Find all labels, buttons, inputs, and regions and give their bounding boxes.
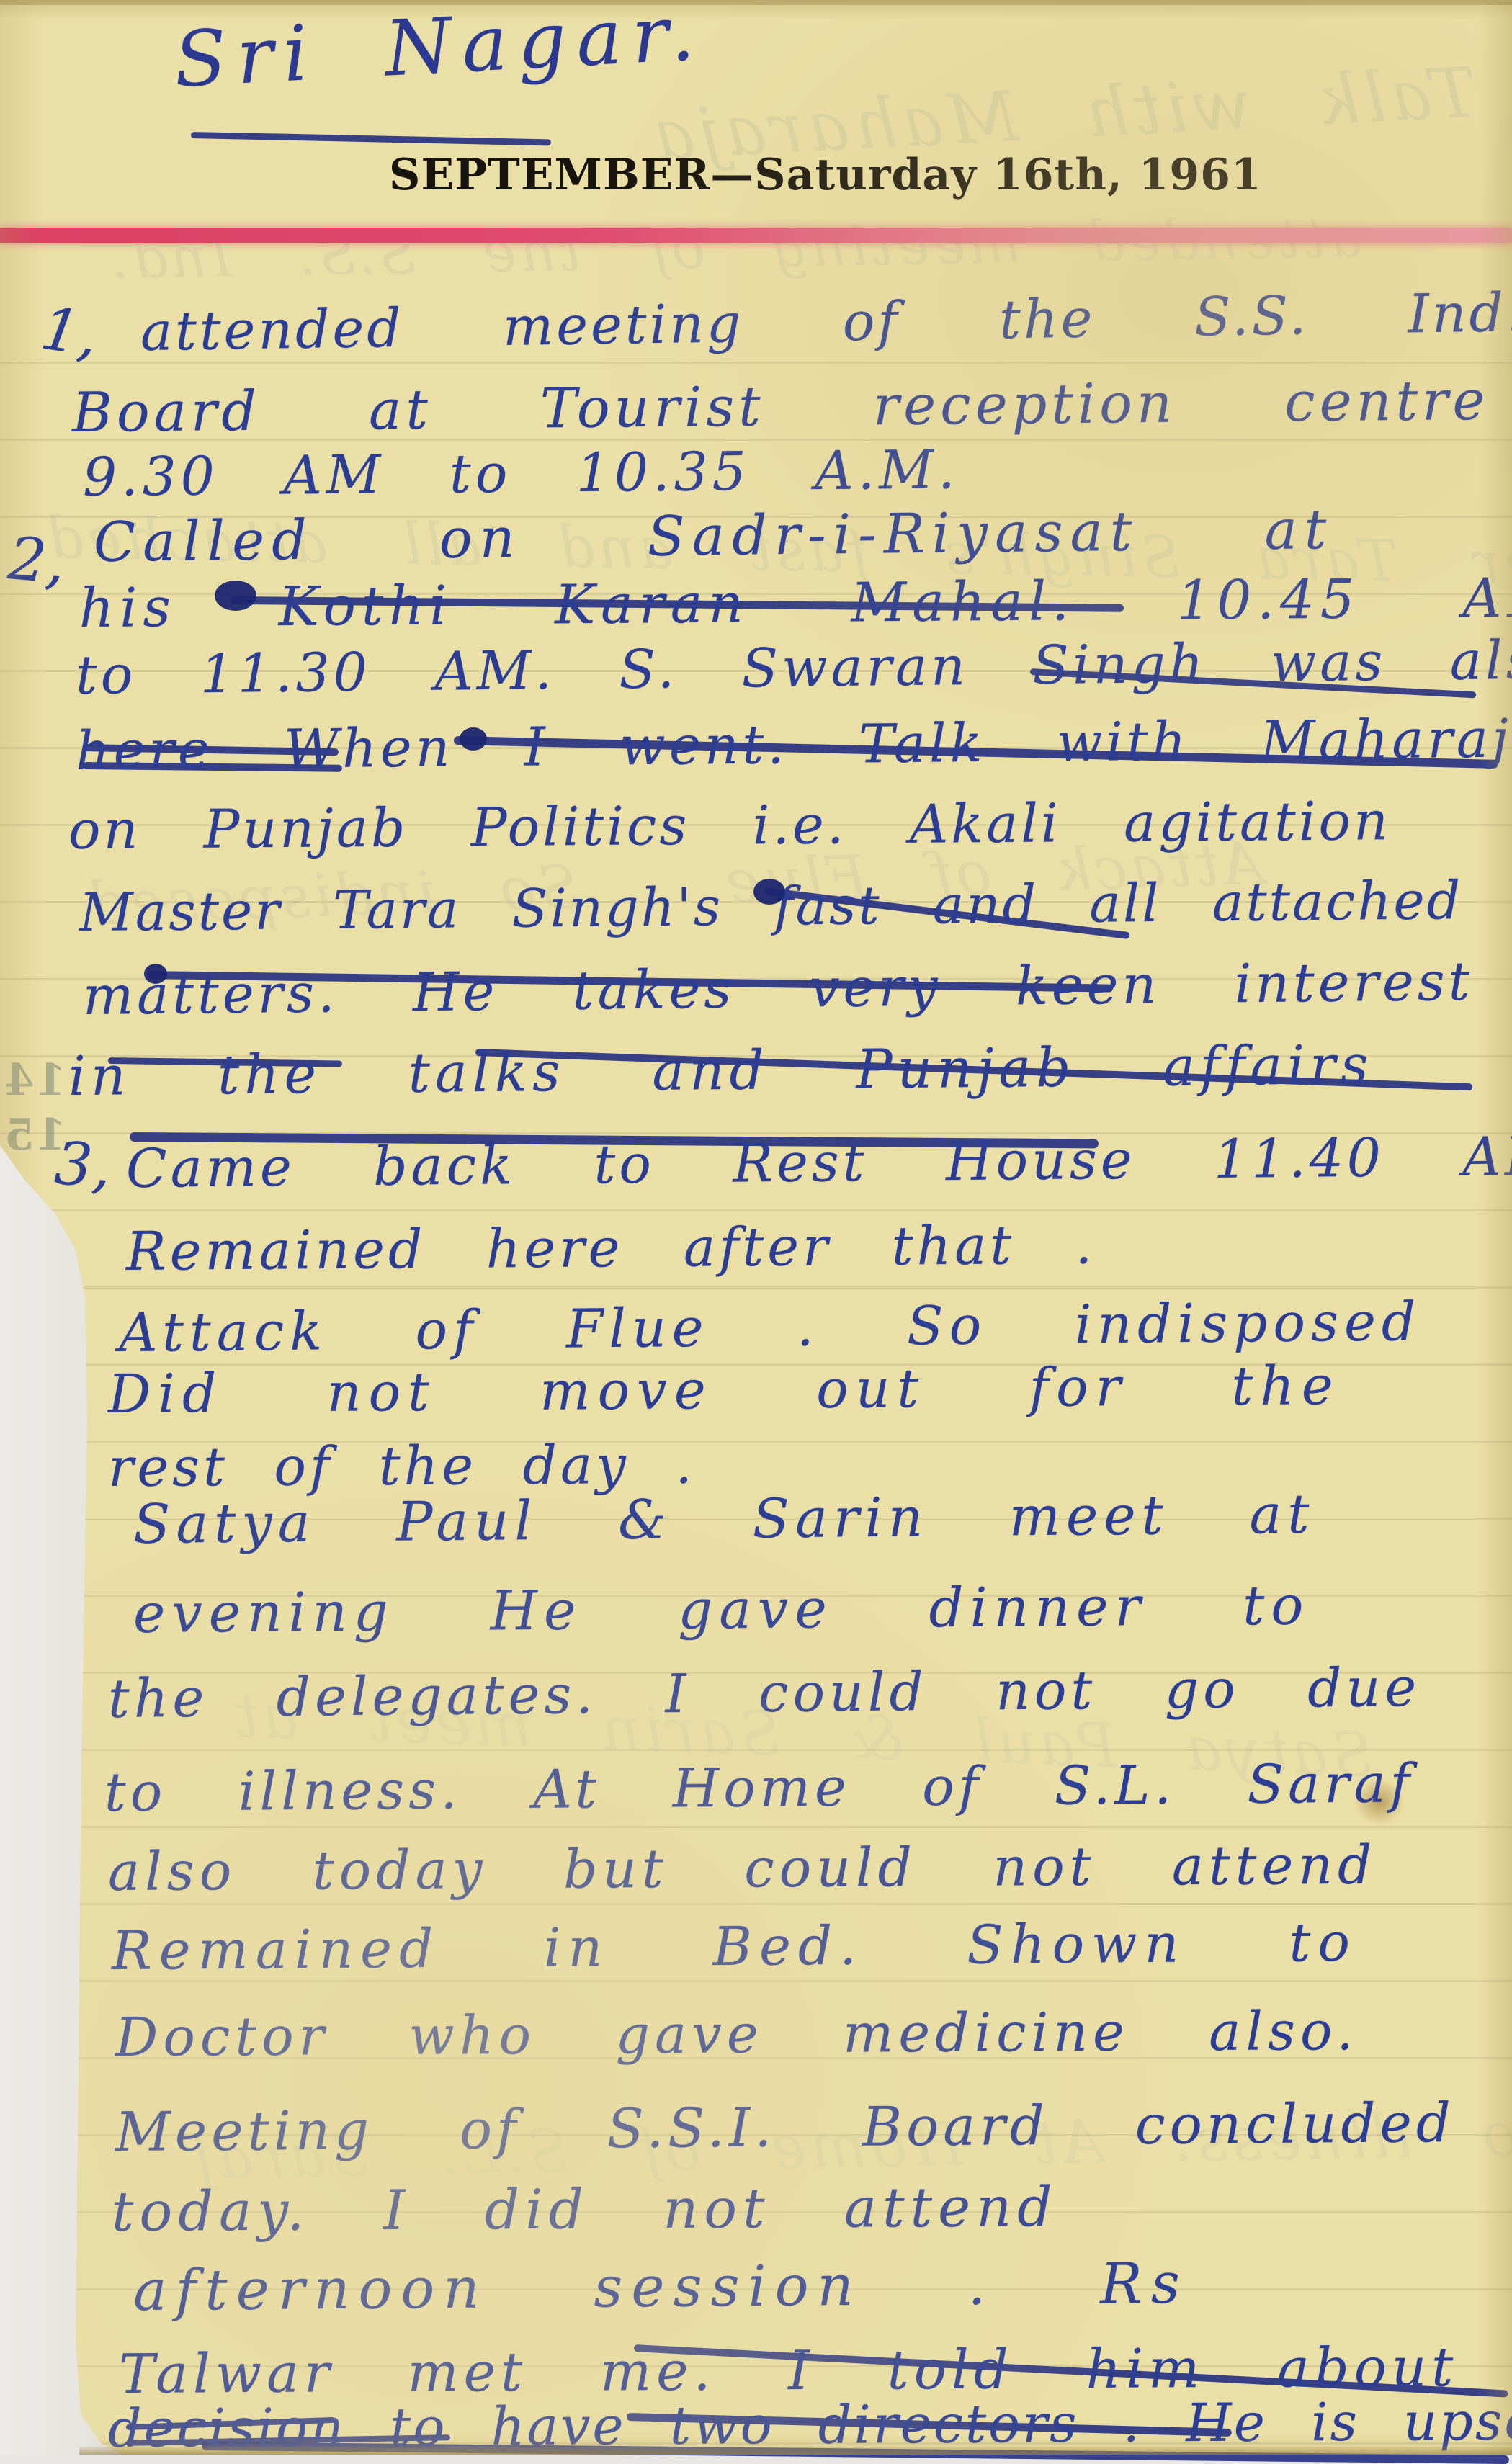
location-heading: Sri Nagar. <box>172 0 707 104</box>
ink-blot <box>144 964 167 984</box>
ink-blot <box>753 879 785 905</box>
handwritten-line: to illness. At Home of S.L. Saraf <box>104 1752 1415 1824</box>
handwritten-line: decision to have two directors . He is u… <box>108 2391 1512 2455</box>
handwritten-line: Board at Tourist reception centre <box>72 368 1490 444</box>
handwritten-line: on Punjab Politics i.e. Akali agitation <box>68 790 1391 861</box>
header-rule <box>0 228 1512 243</box>
handwritten-line: Meeting of S.S.I. Board concluded <box>115 2091 1455 2164</box>
handwritten-line: his Kothi Karan Mahal. 10.45 AM <box>79 566 1512 640</box>
handwritten-line: evening He gave dinner to <box>133 1574 1310 1645</box>
printed-date: SEPTEMBER—Saturday 16th, 1961 <box>389 150 1246 200</box>
ink-blot <box>215 581 256 611</box>
handwritten-line: to 11.30 AM. S. Swaran Singh was also <box>76 629 1512 707</box>
page-bottom-edge <box>79 2447 1512 2455</box>
handwritten-line: the delegates. I could not go due <box>108 1657 1421 1730</box>
entry-number: 3, <box>53 1129 114 1201</box>
handwritten-line: in the talks and Punjab affairs <box>68 1033 1374 1108</box>
ink-underline <box>191 132 551 145</box>
handwritten-line: Called on Sadr-i-Riyasat at <box>94 497 1334 574</box>
diary-page: here When I went. Talk with Maharaja att… <box>0 0 1512 2455</box>
handwritten-line: attended meeting of the S.S. Ind. <box>140 282 1512 363</box>
handwritten-line: Did not move out for the <box>108 1355 1341 1425</box>
handwritten-line: today. I did not attend <box>112 2174 1058 2244</box>
handwritten-line: 9.30 AM to 10.35 A.M. <box>83 439 959 509</box>
bleedthrough-number: 14 <box>3 1053 66 1108</box>
handwritten-line: matters. He takes very keen interest <box>83 951 1474 1027</box>
page-top-edge <box>0 0 1512 5</box>
handwritten-line: here When I went. Talk with Maharaja <box>76 707 1512 782</box>
handwritten-line: Remained here after that . <box>126 1214 1096 1283</box>
bleedthrough-writing: attended meeting of the S.S. Ind. <box>107 205 1362 292</box>
handwritten-line: Remained in Bed. Shown to <box>112 1912 1358 1982</box>
handwritten-line: Satya Paul & Sarin meet at <box>133 1482 1315 1556</box>
entry-number: 1, <box>37 295 103 371</box>
handwritten-line: Came back to Rest House 11.40 AM <box>126 1126 1512 1200</box>
entry-number: 2, <box>6 524 68 597</box>
ink-blot <box>460 727 487 751</box>
handwritten-line: Doctor who gave medicine also. <box>115 2000 1359 2069</box>
handwritten-line: Attack of Flue . So indisposed <box>119 1291 1422 1364</box>
handwritten-line: also today but could not attend <box>108 1834 1377 1903</box>
handwritten-line: afternoon session . Rs <box>133 2252 1189 2324</box>
